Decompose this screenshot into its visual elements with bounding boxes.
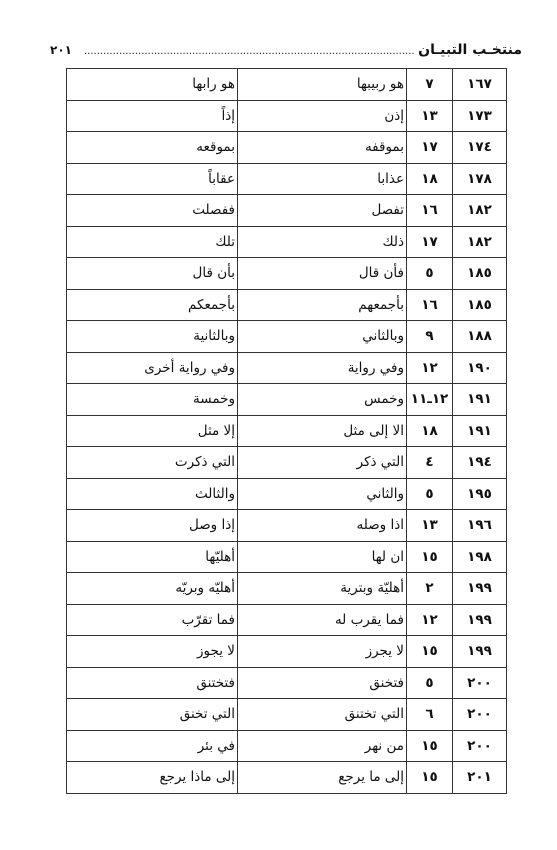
- book-title: منتخـب التبيـان: [418, 42, 522, 58]
- wrong-text-cell: عذابا: [238, 163, 407, 195]
- page-number: ٢٠١: [50, 43, 72, 57]
- line-cell: ٥: [407, 258, 453, 290]
- wrong-text-cell: والثاني: [238, 478, 407, 510]
- wrong-text-cell: إذن: [238, 100, 407, 132]
- page-cell: ١٧٨: [453, 163, 507, 195]
- page-cell: ١٨٢: [453, 195, 507, 227]
- line-cell: ٥: [407, 667, 453, 699]
- line-cell: ١٦: [407, 289, 453, 321]
- page-cell: ٢٠٠: [453, 699, 507, 731]
- correct-text-cell: إلى ماذا يرجع: [67, 762, 238, 794]
- wrong-text-cell: إلى ما يرجع: [238, 762, 407, 794]
- table-row: ١٩٥٥والثانيوالثالث: [67, 478, 507, 510]
- line-cell: ١٢: [407, 352, 453, 384]
- wrong-text-cell: وفي رواية: [238, 352, 407, 384]
- wrong-text-cell: التي ذكر: [238, 447, 407, 479]
- wrong-text-cell: اذا وصله: [238, 510, 407, 542]
- page-cell: ١٨٥: [453, 289, 507, 321]
- line-cell: ١٥: [407, 762, 453, 794]
- page-cell: ١٨٨: [453, 321, 507, 353]
- page-cell: ١٦٧: [453, 69, 507, 101]
- table-row: ١٨٢١٧ذلكتلك: [67, 226, 507, 258]
- table-row: ١٨٢١٦تفصلففصلت: [67, 195, 507, 227]
- table-row: ١٩٨١٥ان لهاأهليّها: [67, 541, 507, 573]
- correct-text-cell: إلا مثل: [67, 415, 238, 447]
- correct-text-cell: التي ذكرت: [67, 447, 238, 479]
- wrong-text-cell: أهليّة وبترية: [238, 573, 407, 605]
- table-row: ١٩١١٨الا إلى مثلإلا مثل: [67, 415, 507, 447]
- correct-text-cell: في بئر: [67, 730, 238, 762]
- wrong-text-cell: هو ربيبها: [238, 69, 407, 101]
- correct-text-cell: إذاً: [67, 100, 238, 132]
- page-cell: ١٩٤: [453, 447, 507, 479]
- page-cell: ١٩٩: [453, 604, 507, 636]
- correct-text-cell: فتختنق: [67, 667, 238, 699]
- page-cell: ٢٠٠: [453, 667, 507, 699]
- correct-text-cell: فما تقرّب: [67, 604, 238, 636]
- correct-text-cell: وخمسة: [67, 384, 238, 416]
- line-cell: ١٨: [407, 415, 453, 447]
- page-cell: ١٧٣: [453, 100, 507, 132]
- wrong-text-cell: فما يقرب له: [238, 604, 407, 636]
- table-row: ١٨٨٩وبالثانيوبالثانية: [67, 321, 507, 353]
- table-row: ٢٠٠٦التي تختنقالتي تخنق: [67, 699, 507, 731]
- correct-text-cell: التي تخنق: [67, 699, 238, 731]
- page-cell: ١٩٩: [453, 636, 507, 668]
- correct-text-cell: هو رابها: [67, 69, 238, 101]
- page-cell: ١٩٩: [453, 573, 507, 605]
- table-row: ١٩٩١٢فما يقرب لهفما تقرّب: [67, 604, 507, 636]
- correct-text-cell: وفي رواية أخرى: [67, 352, 238, 384]
- wrong-text-cell: وبالثاني: [238, 321, 407, 353]
- wrong-text-cell: بأجمعهم: [238, 289, 407, 321]
- page-cell: ١٨٥: [453, 258, 507, 290]
- line-cell: ١٣: [407, 510, 453, 542]
- line-cell: ٤: [407, 447, 453, 479]
- line-cell: ٩: [407, 321, 453, 353]
- errata-table: ١٦٧٧هو ربيبهاهو رابها ١٧٣١٣إذنإذاً ١٧٤١٧…: [66, 68, 507, 794]
- wrong-text-cell: الا إلى مثل: [238, 415, 407, 447]
- page-cell: ١٩٥: [453, 478, 507, 510]
- line-cell: ١٣: [407, 100, 453, 132]
- line-cell: ١٥: [407, 636, 453, 668]
- correct-text-cell: إذا وصل: [67, 510, 238, 542]
- table-row: ١٧٤١٧بموقفهبموقعه: [67, 132, 507, 164]
- page-cell: ١٩٨: [453, 541, 507, 573]
- wrong-text-cell: تفصل: [238, 195, 407, 227]
- leader-dots: ........................................…: [84, 47, 414, 57]
- line-cell: ١٥: [407, 730, 453, 762]
- table-row: ١٩٦١٣اذا وصلهإذا وصل: [67, 510, 507, 542]
- table-row: ١٧٨١٨عذاباعقاباً: [67, 163, 507, 195]
- table-row: ٢٠٠١٥من نهرفي بئر: [67, 730, 507, 762]
- table-row: ١٨٥٥فأن قالبأن قال: [67, 258, 507, 290]
- wrong-text-cell: فأن قال: [238, 258, 407, 290]
- correct-text-cell: بموقعه: [67, 132, 238, 164]
- wrong-text-cell: وخمس: [238, 384, 407, 416]
- table-row: ٢٠٠٥فتخنقفتختنق: [67, 667, 507, 699]
- line-cell: ١٢: [407, 604, 453, 636]
- table-row: ١٩٩٢أهليّة وبتريةأهليّه وبريّه: [67, 573, 507, 605]
- table-row: ٢٠١١٥إلى ما يرجعإلى ماذا يرجع: [67, 762, 507, 794]
- running-header: منتخـب التبيـان ........................…: [50, 40, 522, 60]
- correct-text-cell: عقاباً: [67, 163, 238, 195]
- page-cell: ١٩٠: [453, 352, 507, 384]
- page-cell: ١٩٦: [453, 510, 507, 542]
- correct-text-cell: وبالثانية: [67, 321, 238, 353]
- line-cell: ٦: [407, 699, 453, 731]
- table-row: ١٧٣١٣إذنإذاً: [67, 100, 507, 132]
- wrong-text-cell: فتخنق: [238, 667, 407, 699]
- wrong-text-cell: التي تختنق: [238, 699, 407, 731]
- correct-text-cell: بأن قال: [67, 258, 238, 290]
- correct-text-cell: ففصلت: [67, 195, 238, 227]
- correct-text-cell: والثالث: [67, 478, 238, 510]
- correct-text-cell: تلك: [67, 226, 238, 258]
- line-cell: ١٦: [407, 195, 453, 227]
- wrong-text-cell: بموقفه: [238, 132, 407, 164]
- page-cell: ١٨٢: [453, 226, 507, 258]
- page-cell: ١٩١: [453, 415, 507, 447]
- line-cell: ٧: [407, 69, 453, 101]
- line-cell: ١٧: [407, 132, 453, 164]
- correct-text-cell: أهليّها: [67, 541, 238, 573]
- table-row: ١٩١١٢ـ١١وخمسوخمسة: [67, 384, 507, 416]
- line-cell: ١٥: [407, 541, 453, 573]
- line-cell: ٢: [407, 573, 453, 605]
- page-cell: ٢٠٠: [453, 730, 507, 762]
- correct-text-cell: بأجمعكم: [67, 289, 238, 321]
- page-cell: ١٧٤: [453, 132, 507, 164]
- line-cell: ١٧: [407, 226, 453, 258]
- correct-text-cell: أهليّه وبريّه: [67, 573, 238, 605]
- line-cell: ١٨: [407, 163, 453, 195]
- wrong-text-cell: من نهر: [238, 730, 407, 762]
- table-row: ١٨٥١٦بأجمعهمبأجمعكم: [67, 289, 507, 321]
- wrong-text-cell: ذلك: [238, 226, 407, 258]
- line-cell: ٥: [407, 478, 453, 510]
- correct-text-cell: لا يجوز: [67, 636, 238, 668]
- wrong-text-cell: لا يجرز: [238, 636, 407, 668]
- page-cell: ١٩١: [453, 384, 507, 416]
- table-row: ١٩٤٤التي ذكرالتي ذكرت: [67, 447, 507, 479]
- table-row: ١٩٩١٥لا يجرزلا يجوز: [67, 636, 507, 668]
- table-row: ١٩٠١٢وفي روايةوفي رواية أخرى: [67, 352, 507, 384]
- page-cell: ٢٠١: [453, 762, 507, 794]
- errata-table-body: ١٦٧٧هو ربيبهاهو رابها ١٧٣١٣إذنإذاً ١٧٤١٧…: [67, 69, 507, 794]
- line-cell: ١٢ـ١١: [407, 384, 453, 416]
- wrong-text-cell: ان لها: [238, 541, 407, 573]
- table-row: ١٦٧٧هو ربيبهاهو رابها: [67, 69, 507, 101]
